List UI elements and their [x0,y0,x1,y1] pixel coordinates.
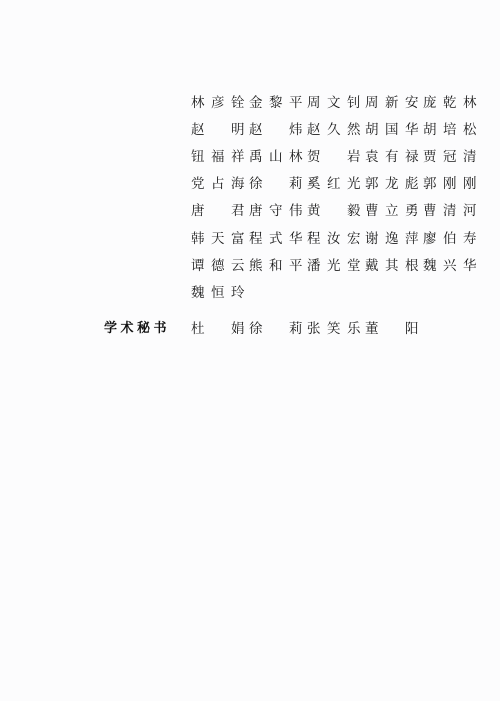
member-name: 程式华 [249,230,303,248]
member-name: 贾冠清 [423,148,477,166]
member-name: 廖伯寿 [423,230,477,248]
member-name: 唐守伟 [249,202,303,220]
member-name: 郭龙彪 [365,175,419,193]
secretary-name: 杜 娟 [191,320,245,338]
member-name: 熊和平 [249,257,303,275]
member-name: 胡国华 [365,121,419,139]
member-name: 林彦铨 [191,94,245,112]
member-name: 谭德云 [191,257,245,275]
member-name: 钮福祥 [191,148,245,166]
member-name: 袁有禄 [365,148,419,166]
member-name: 徐 莉 [249,175,303,193]
member-name: 黄 毅 [307,202,361,220]
member-name: 奚红光 [307,175,361,193]
member-name: 周新安 [365,94,419,112]
member-name: 赵久然 [307,121,361,139]
member-name: 魏恒玲 [191,284,245,302]
member-name: 曹立勇 [365,202,419,220]
member-name: 韩天富 [191,230,245,248]
member-name: 曹清河 [423,202,477,220]
member-name: 赵 炜 [249,121,303,139]
member-name: 戴其根 [365,257,419,275]
member-name: 庞乾林 [423,94,477,112]
document-page: 林彦铨金黎平周文钊周新安庞乾林赵 明赵 炜赵久然胡国华胡培松钮福祥禹山林贺 岩袁… [0,0,500,701]
member-name: 胡培松 [423,121,477,139]
member-name: 魏兴华 [423,257,477,275]
secretary-name: 徐 莉 [249,320,303,338]
member-name: 潘光堂 [307,257,361,275]
member-name: 贺 岩 [307,148,361,166]
academic-secretary-label: 学术秘书 [104,320,170,338]
member-name: 赵 明 [191,121,245,139]
member-name: 党占海 [191,175,245,193]
secretary-name: 董 阳 [365,320,419,338]
member-name: 程汝宏 [307,230,361,248]
member-name: 郭刚刚 [423,175,477,193]
member-name: 禹山林 [249,148,303,166]
secretary-name: 张笑乐 [307,320,361,338]
member-name: 谢逸萍 [365,230,419,248]
member-name: 周文钊 [307,94,361,112]
member-name: 唐 君 [191,202,245,220]
member-name: 金黎平 [249,94,303,112]
